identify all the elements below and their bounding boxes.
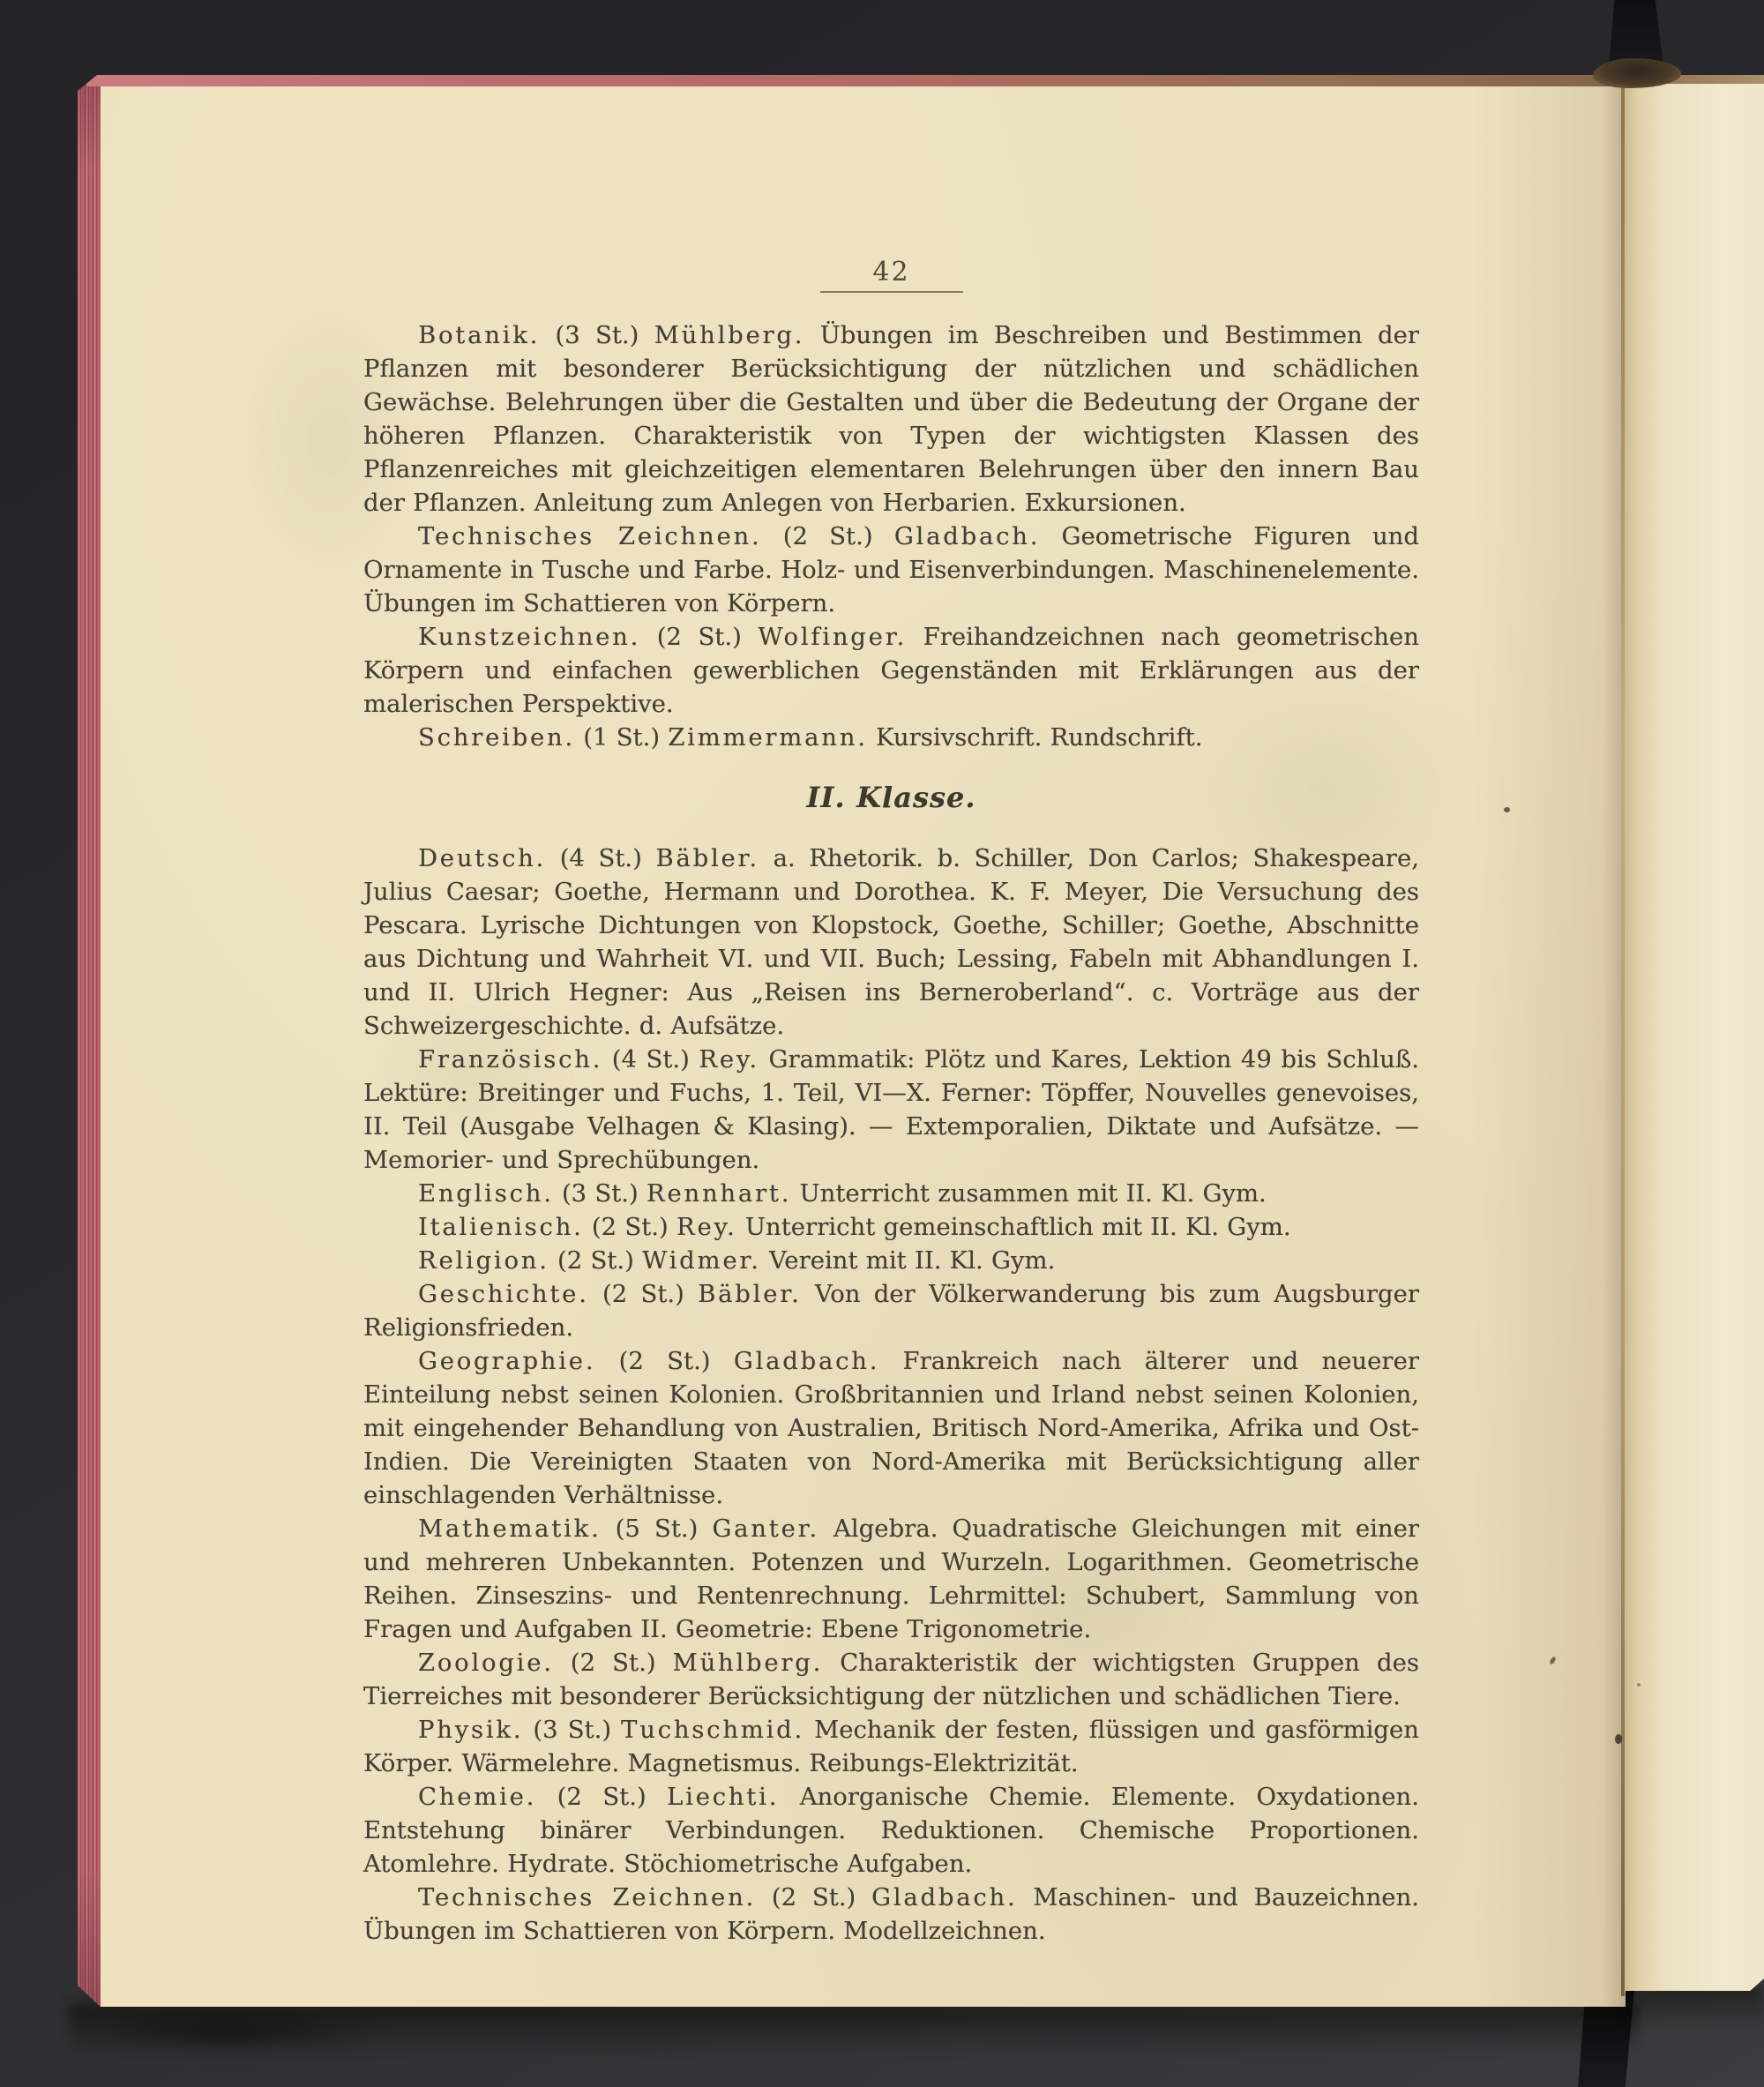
entry-body: Unterricht gemeinschaftlich mit II. Kl. … — [745, 1213, 1291, 1241]
weekly-hours: (2 St.) — [772, 1883, 856, 1911]
subject-name: Italienisch. — [418, 1213, 584, 1241]
curriculum-entry: Italienisch. (2 St.) Rey. Unterricht gem… — [363, 1210, 1419, 1244]
teacher-name: Mühlberg. — [673, 1649, 824, 1677]
curriculum-text: Botanik. (3 St.) Mühlberg. Übungen im Be… — [363, 318, 1419, 1948]
paper-speck — [1637, 1683, 1641, 1687]
subject-name: Technisches Zeichnen. — [418, 1883, 756, 1911]
red-fore-edge — [78, 75, 101, 2007]
curriculum-entry: Technisches Zeichnen. (2 St.) Gladbach. … — [363, 1881, 1419, 1948]
weekly-hours: (2 St.) — [557, 1246, 634, 1275]
weekly-hours: (4 St.) — [612, 1045, 690, 1073]
weekly-hours: (2 St.) — [619, 1347, 711, 1375]
entry-body: Unterricht zusammen mit II. Kl. Gym. — [799, 1179, 1266, 1208]
weekly-hours: (4 St.) — [560, 844, 642, 872]
teacher-name: Zimmermann. — [668, 723, 867, 752]
curriculum-entry: Zoologie. (2 St.) Mühlberg. Charakterist… — [363, 1646, 1419, 1713]
entry-body: Vereint mit II. Kl. Gym. — [769, 1246, 1055, 1275]
subject-name: Chemie. — [418, 1783, 536, 1811]
subject-name: Physik. — [418, 1716, 523, 1744]
subject-name: Botanik. — [418, 321, 540, 349]
curriculum-entry: Deutsch. (4 St.) Bäbler. a. Rhetorik. b.… — [363, 842, 1419, 1043]
teacher-name: Mühlberg. — [654, 321, 805, 349]
entry-body: Kursivschrift. Rundschrift. — [876, 723, 1203, 752]
teacher-name: Liechti. — [667, 1783, 779, 1811]
weekly-hours: (3 St.) — [533, 1716, 611, 1744]
corner-shadow — [78, 2009, 377, 2053]
subject-name: Religion. — [418, 1246, 549, 1275]
subject-name: Schreiben. — [418, 723, 575, 752]
subject-name: Französisch. — [418, 1045, 602, 1073]
printed-text-block: 42 Botanik. (3 St.) Mühlberg. Übungen im… — [363, 258, 1419, 1948]
facing-page — [1625, 75, 1764, 1991]
weekly-hours: (1 St.) — [583, 723, 660, 752]
weekly-hours: (2 St.) — [783, 522, 873, 550]
scanned-book-photo: { "page": { "number": "42", "blocks": [ … — [0, 0, 1764, 2087]
curriculum-entry: Französisch. (4 St.) Rey. Grammatik: Plö… — [363, 1043, 1419, 1177]
weekly-hours: (2 St.) — [592, 1213, 669, 1241]
entry-body: Übungen im Beschreiben und Bestimmen der… — [363, 321, 1419, 517]
paper-speck — [1504, 807, 1510, 812]
teacher-name: Wolfinger. — [758, 623, 907, 651]
weekly-hours: (2 St.) — [557, 1783, 647, 1811]
weekly-hours: (2 St.) — [602, 1280, 684, 1308]
teacher-name: Rennhart. — [647, 1179, 791, 1208]
facing-page-shadow — [1625, 1986, 1764, 2029]
curriculum-entry: Geographie. (2 St.) Gladbach. Frankreich… — [363, 1344, 1419, 1512]
subject-name: Mathematik. — [418, 1515, 602, 1543]
subject-name: Geographie. — [418, 1347, 595, 1375]
book-page: 42 Botanik. (3 St.) Mühlberg. Übungen im… — [78, 75, 1626, 2007]
weekly-hours: (3 St.) — [562, 1179, 639, 1208]
teacher-name: Rey. — [699, 1045, 759, 1073]
class-section-heading: II. Klasse. — [363, 781, 1419, 814]
paper-speck — [1615, 1734, 1622, 1744]
teacher-name: Ganter. — [712, 1515, 819, 1543]
teacher-name: Gladbach. — [894, 522, 1040, 550]
red-top-edge — [86, 75, 1626, 86]
curriculum-entry: Physik. (3 St.) Tuchschmid. Mechanik der… — [363, 1713, 1419, 1780]
curriculum-entry: Englisch. (3 St.) Rennhart. Unterricht z… — [363, 1177, 1419, 1210]
weekly-hours: (5 St.) — [616, 1515, 699, 1543]
curriculum-entry: Mathematik. (5 St.) Ganter. Algebra. Qua… — [363, 1512, 1419, 1646]
subject-name: Englisch. — [418, 1179, 554, 1208]
teacher-name: Gladbach. — [871, 1883, 1017, 1911]
curriculum-entry: Kunstzeichnen. (2 St.) Wolfinger. Freiha… — [363, 620, 1419, 721]
page-number: 42 — [363, 258, 1419, 288]
teacher-name: Tuchschmid. — [621, 1716, 804, 1744]
subject-name: Deutsch. — [418, 844, 546, 872]
curriculum-entry: Chemie. (2 St.) Liechti. Anorganische Ch… — [363, 1780, 1419, 1881]
teacher-name: Rey. — [676, 1213, 737, 1241]
subject-name: Zoologie. — [418, 1649, 554, 1677]
curriculum-entry: Schreiben. (1 St.) Zimmermann. Kursivsch… — [363, 721, 1419, 754]
teacher-name: Bäbler. — [656, 844, 759, 872]
page-number-rule — [820, 291, 963, 293]
entry-body: a. Rhetorik. b. Schiller, Don Carlos; Sh… — [363, 844, 1419, 1040]
subject-name: Geschichte. — [418, 1280, 589, 1308]
weekly-hours: (2 St.) — [571, 1649, 656, 1677]
teacher-name: Bäbler. — [698, 1280, 801, 1308]
curriculum-entry: Geschichte. (2 St.) Bäbler. Von der Völk… — [363, 1277, 1419, 1344]
weekly-hours: (2 St.) — [657, 623, 742, 651]
teacher-name: Widmer. — [642, 1246, 761, 1275]
teacher-name: Gladbach. — [734, 1347, 879, 1375]
gutter-crease — [1621, 75, 1625, 1996]
curriculum-entry: Botanik. (3 St.) Mühlberg. Übungen im Be… — [363, 318, 1419, 520]
subject-name: Kunstzeichnen. — [418, 623, 640, 651]
curriculum-entry: Technisches Zeichnen. (2 St.) Gladbach. … — [363, 520, 1419, 620]
curriculum-entry: Religion. (2 St.) Widmer. Vereint mit II… — [363, 1244, 1419, 1277]
subject-name: Technisches Zeichnen. — [418, 522, 761, 550]
weekly-hours: (3 St.) — [555, 321, 639, 349]
